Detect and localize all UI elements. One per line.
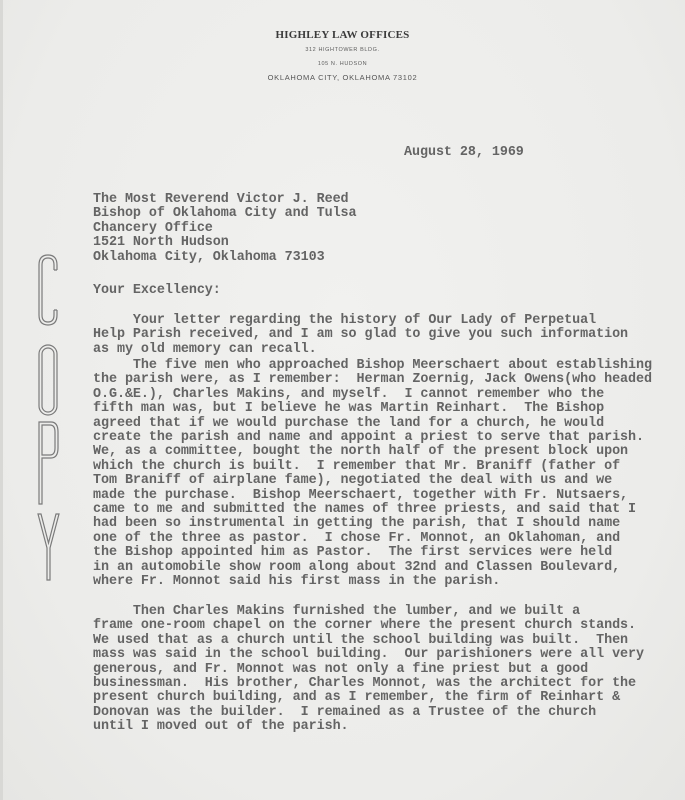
recipient-line: Chancery Office [93, 222, 357, 236]
recipient-line: Oklahoma City, Oklahoma 73103 [93, 251, 357, 265]
letterhead-building: 312 HIGHTOWER BLDG. [0, 47, 685, 53]
paragraph-line: one of the three as pastor. I chose Fr. … [93, 532, 652, 546]
paragraph-line: Your letter regarding the history of Our… [93, 314, 628, 328]
paragraph-line: Help Parish received, and I am so glad t… [93, 328, 628, 342]
paragraph-line: The five men who approached Bishop Meers… [93, 359, 652, 373]
copy-stamp-icon [30, 252, 70, 582]
letterhead-firm: HIGHLEY LAW OFFICES [0, 29, 685, 41]
recipient-line: The Most Reverend Victor J. Reed [93, 193, 357, 207]
paragraph-line: Donovan was the builder. I remained as a… [93, 706, 644, 720]
paragraph-line: Then Charles Makins furnished the lumber… [93, 605, 644, 619]
paragraph-1: Your letter regarding the history of Our… [93, 314, 628, 357]
paragraph-line: fifth man was, but I believe he was Mart… [93, 402, 652, 416]
paragraph-3: Then Charles Makins furnished the lumber… [93, 605, 644, 735]
paragraph-line: came to me and submitted the names of th… [93, 503, 652, 517]
paragraph-line: the Bishop appointed him as Pastor. The … [93, 546, 652, 560]
letter-page: HIGHLEY LAW OFFICES 312 HIGHTOWER BLDG. … [0, 0, 685, 800]
recipient-address: The Most Reverend Victor J. ReedBishop o… [93, 193, 357, 265]
paragraph-line: in an automobile show room along about 3… [93, 561, 652, 575]
letterhead-street: 105 N. HUDSON [0, 61, 685, 67]
paragraph-line: We, as a committee, bought the north hal… [93, 445, 652, 459]
paragraph-line: agreed that if we would purchase the lan… [93, 417, 652, 431]
paragraph-line: the parish were, as I remember: Herman Z… [93, 373, 652, 387]
paragraph-line: O.G.&E.), Charles Makins, and myself. I … [93, 388, 652, 402]
salutation: Your Excellency: [93, 284, 221, 298]
paragraph-line: Tom Braniff of airplane fame), negotiate… [93, 474, 652, 488]
paragraph-line: mass was said in the school building. Ou… [93, 648, 644, 662]
paragraph-line: made the purchase. Bishop Meerschaert, t… [93, 489, 652, 503]
recipient-line: Bishop of Oklahoma City and Tulsa [93, 207, 357, 221]
paragraph-line: which the church is built. I remember th… [93, 460, 652, 474]
paragraph-line: had been so instrumental in getting the … [93, 517, 652, 531]
paragraph-line: present church building, and as I rememb… [93, 691, 644, 705]
paragraph-line: as my old memory can recall. [93, 343, 628, 357]
paragraph-line: where Fr. Monnot said his first mass in … [93, 575, 652, 589]
letterhead-city: OKLAHOMA CITY, OKLAHOMA 73102 [0, 73, 685, 82]
paragraph-line: We used that as a church until the schoo… [93, 634, 644, 648]
paragraph-line: create the parish and name and appoint a… [93, 431, 652, 445]
paragraph-line: until I moved out of the parish. [93, 720, 644, 734]
paragraph-line: generous, and Fr. Monnot was not only a … [93, 663, 644, 677]
letter-date: August 28, 1969 [404, 146, 524, 160]
paragraph-2: The five men who approached Bishop Meers… [93, 359, 652, 590]
paragraph-line: businessman. His brother, Charles Monnot… [93, 677, 644, 691]
paragraph-line: frame one-room chapel on the corner wher… [93, 619, 644, 633]
page-edge [0, 0, 3, 800]
recipient-line: 1521 North Hudson [93, 236, 357, 250]
